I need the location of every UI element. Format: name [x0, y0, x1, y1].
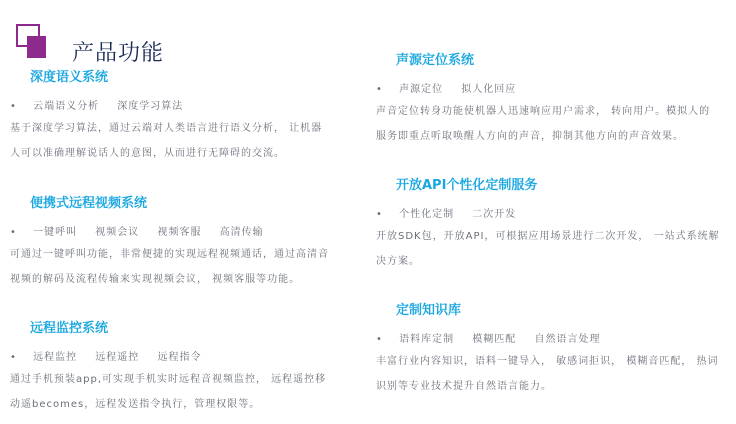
keyword: 远程监控 [33, 352, 77, 363]
keyword: 二次开发 [472, 209, 516, 220]
bullet-icon: • [10, 352, 17, 363]
section-description: 通过手机预装app,可实现手机实时远程音视频监控， 远程遥控移动遥becomes… [10, 367, 330, 417]
keyword-list: • 语料库定制 模糊匹配 自然语言处理 [376, 330, 721, 345]
section-description: 可通过一键呼叫功能，非常便捷的实现远程视频通话，通过高清音视频的解码及流程传输来… [10, 242, 330, 292]
keyword: 高清传输 [220, 227, 264, 238]
section-description: 基于深度学习算法，通过云端对人类语言进行语义分析， 让机器人可以准确理解说话人的… [10, 116, 330, 166]
keyword: 视频会议 [95, 227, 139, 238]
keyword: 视频客服 [157, 227, 201, 238]
section-open-api: 开放API个性化定制服务 • 个性化定制 二次开发 开放SDK包，开放API，可… [376, 174, 721, 274]
keyword-list: • 个性化定制 二次开发 [376, 205, 721, 220]
section-deep-semantic: 深度语义系统 • 云端语义分析 深度学习算法 基于深度学习算法，通过云端对人类语… [10, 66, 330, 166]
section-description: 声音定位转身功能使机器人迅速响应用户需求， 转向用户。模拟人的服务即重点听取唤醒… [376, 99, 721, 149]
logo-icon [16, 24, 48, 60]
keyword: 远程指令 [157, 352, 201, 363]
section-title: 声源定位系统 [396, 49, 721, 68]
section-remote-video: 便携式远程视频系统 • 一键呼叫 视频会议 视频客服 高清传输 可通过一键呼叫功… [10, 192, 330, 292]
section-title: 便携式远程视频系统 [30, 192, 330, 211]
keyword-list: • 远程监控 远程遥控 远程指令 [10, 348, 330, 363]
bullet-icon: • [376, 209, 383, 220]
bullet-icon: • [376, 84, 383, 95]
keyword: 远程遥控 [95, 352, 139, 363]
keyword: 自然语言处理 [534, 334, 600, 345]
bullet-icon: • [376, 334, 383, 345]
section-title: 远程监控系统 [30, 317, 330, 336]
keyword-list: • 声源定位 拟人化回应 [376, 80, 721, 95]
section-knowledge-base: 定制知识库 • 语料库定制 模糊匹配 自然语言处理 丰富行业内容知识，语料一键导… [376, 299, 721, 399]
keyword: 一键呼叫 [33, 227, 77, 238]
page-title: 产品功能 [72, 36, 164, 67]
section-title: 开放API个性化定制服务 [396, 174, 721, 193]
keyword-list: • 云端语义分析 深度学习算法 [10, 97, 330, 112]
keyword: 声源定位 [399, 84, 443, 95]
section-remote-monitor: 远程监控系统 • 远程监控 远程遥控 远程指令 通过手机预装app,可实现手机实… [10, 317, 330, 417]
section-title: 深度语义系统 [30, 66, 330, 85]
keyword: 语料库定制 [399, 334, 454, 345]
keyword: 个性化定制 [399, 209, 454, 220]
keyword: 拟人化回应 [461, 84, 516, 95]
section-title: 定制知识库 [396, 299, 721, 318]
logo-filled-square [27, 36, 46, 58]
keyword: 深度学习算法 [117, 101, 183, 112]
bullet-icon: • [10, 227, 17, 238]
keyword-list: • 一键呼叫 视频会议 视频客服 高清传输 [10, 223, 330, 238]
section-sound-localization: 声源定位系统 • 声源定位 拟人化回应 声音定位转身功能使机器人迅速响应用户需求… [376, 49, 721, 149]
section-description: 丰富行业内容知识，语料一键导入， 敏感词拒识， 模糊音匹配， 热词识别等专业技术… [376, 349, 721, 399]
bullet-icon: • [10, 101, 17, 112]
keyword: 云端语义分析 [33, 101, 99, 112]
keyword: 模糊匹配 [472, 334, 516, 345]
section-description: 开放SDK包，开放API，可根据应用场景进行二次开发， 一站式系统解决方案。 [376, 224, 721, 274]
